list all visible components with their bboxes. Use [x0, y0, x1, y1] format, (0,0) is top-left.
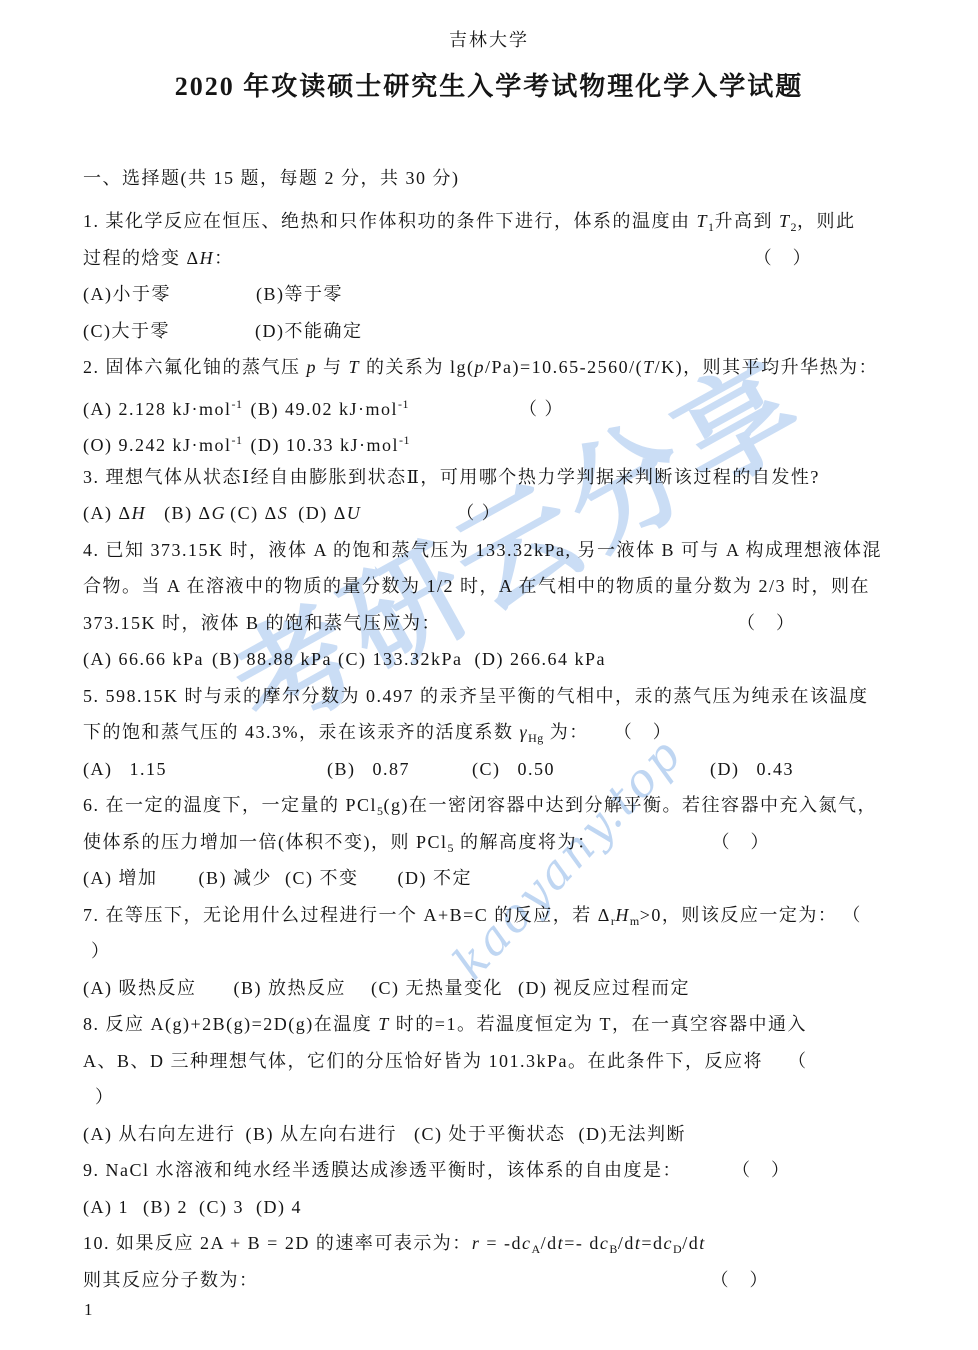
spacer [361, 518, 456, 519]
spacer [244, 1212, 256, 1213]
text-segment: (A) Δ [83, 503, 132, 523]
text-line: (O) 9.242 kJ·mol-1(D) 10.33 kJ·mol-1 [83, 422, 908, 459]
text-segment: (D)不能确定 [255, 321, 363, 341]
text-segment: (B) 2 [143, 1197, 188, 1217]
text-segment: (A) 1 [83, 1197, 129, 1217]
text-segment: c [600, 1233, 610, 1253]
text-segment: (D) 4 [256, 1197, 302, 1217]
spacer [243, 414, 251, 415]
text-segment: （ ） [754, 248, 813, 268]
text-line: (A) 吸热反应(B) 放热反应(C) 无热量变化(D) 视反应过程而定 [83, 970, 908, 1007]
text-segment: 5. 598.15K 时与汞的摩尔分数为 0.497 的汞齐呈平衡的气相中，汞的… [83, 686, 869, 706]
spacer [171, 299, 256, 300]
spacer [204, 664, 212, 665]
spacer [682, 1175, 732, 1176]
text-segment: =d [641, 1233, 663, 1253]
text-segment: 10. 如果反应 2A + B = 2D 的速率可表示为： [83, 1233, 472, 1253]
spacer [146, 518, 164, 519]
spacer [83, 956, 91, 957]
spacer [555, 774, 710, 775]
text-segment: 与 [317, 357, 349, 377]
text-line: 下的饱和蒸气压的 43.3%，汞在该汞齐的活度系数 γHg 为：（ ） [83, 714, 908, 751]
university-name: 吉林大学 [0, 26, 978, 52]
spacer [409, 414, 519, 415]
text-segment: 2. 固体六氟化铀的蒸气压 [83, 357, 307, 377]
spacer [243, 450, 251, 451]
text-segment: T [643, 357, 655, 377]
spacer [501, 774, 518, 775]
text-segment: （ ） [711, 1270, 770, 1290]
text-segment: γ [520, 722, 529, 742]
text-segment: （ ） [732, 1160, 791, 1180]
text-segment: S [278, 503, 289, 523]
spacer [167, 774, 327, 775]
text-segment: (D) 266.64 kPa [475, 649, 607, 669]
text-line: 6. 在一定的温度下，一定量的 PCl5(g)在一密闭容器中达到分解平衡。若往容… [83, 787, 908, 824]
text-segment: （ [788, 1051, 808, 1071]
text-line: (A) 1(B) 2(C) 3(D) 4 [83, 1189, 908, 1226]
spacer [397, 1139, 414, 1140]
text-line: 10. 如果反应 2A + B = 2D 的速率可表示为：r = -dcA/dt… [83, 1225, 908, 1262]
text-segment: 9. NaCl 水溶液和纯水经半透膜达成渗透平衡时，该体系的自由度是： [83, 1160, 682, 1180]
text-segment: t [699, 1233, 706, 1253]
text-segment: 使体系的压力增加一倍(体积不变)，则 PCl [83, 832, 448, 852]
text-line: 9. NaCl 水溶液和纯水经半透膜达成渗透平衡时，该体系的自由度是：（ ） [83, 1152, 908, 1189]
text-segment: (A) 增加 [83, 868, 158, 888]
text-segment: (C) 不变 [285, 868, 359, 888]
text-line: 1. 某化学反应在恒压、绝热和只作体积功的条件下进行，体系的温度由 T1升高到 … [83, 203, 908, 240]
text-line: (C)大于零(D)不能确定 [83, 313, 908, 350]
text-segment: -1 [399, 433, 410, 447]
text-segment: 7. 在等压下，无论用什么过程进行一个 A+B=C 的反应，若 Δ [83, 905, 611, 925]
spacer [259, 1285, 711, 1286]
text-segment: 时的=1。若温度恒定为 T，在一真空容器中通入 [390, 1014, 807, 1034]
spacer [441, 628, 737, 629]
text-segment: T [779, 211, 791, 231]
text-segment: (B) 从左向右进行 [246, 1124, 398, 1144]
text-segment: (B) 减少 [199, 868, 273, 888]
spacer [234, 263, 754, 264]
text-line: 7. 在等压下，无论用什么过程进行一个 A+B=C 的反应，若 ΔrHm>0，则… [83, 897, 908, 934]
text-segment: (D)无法判断 [579, 1124, 687, 1144]
text-segment: 的解高度将为： [454, 832, 597, 852]
text-segment: 1.15 [130, 759, 168, 779]
text-segment: 的关系为 lg( [360, 357, 475, 377]
spacer [170, 336, 255, 337]
text-segment: (B) 88.88 kPa [212, 649, 332, 669]
text-line: 过程的焓变 ΔH：（ ） [83, 240, 908, 277]
text-segment: /Pa)=10.65-2560/( [485, 357, 643, 377]
text-segment: >0，则该反应一定为： [640, 905, 838, 925]
text-segment: (D) 视反应过程而定 [518, 978, 690, 998]
text-segment: （ [842, 905, 862, 925]
text-segment: /K)，则其平均升华热为： [655, 357, 879, 377]
text-segment: 0.50 [518, 759, 556, 779]
text-segment: 6. 在一定的温度下，一定量的 PCl [83, 795, 377, 815]
text-line: (A)1.15(B)0.87(C)0.50(D)0.43 [83, 751, 908, 788]
text-segment: 下的饱和蒸气压的 43.3%，汞在该汞齐的活度系数 [83, 722, 520, 742]
text-segment: (D) 10.33 kJ·mol [251, 435, 400, 455]
text-segment: (D) [710, 759, 740, 779]
text-line: 使体系的压力增加一倍(体积不变)，则 PCl5 的解高度将为：（ ） [83, 824, 908, 861]
section-header: 一、选择题(共 15 题，每题 2 分，共 30 分) [83, 164, 460, 190]
text-segment: -1 [398, 397, 409, 411]
text-segment: (A) 从右向左进行 [83, 1124, 236, 1144]
text-segment: /d [682, 1233, 699, 1253]
text-segment: T [697, 211, 709, 231]
text-segment: (A) [83, 759, 113, 779]
text-segment: (A) 2.128 kJ·mol [83, 399, 232, 419]
text-segment: 合物。当 A 在溶液中的物质的量分数为 1/2 时，A 在气相中的物质的量分数为… [83, 576, 870, 596]
spacer [113, 774, 130, 775]
text-segment: Hg [528, 731, 544, 745]
exam-page: 考研云分享 kaoyany.top 吉林大学 2020 年攻读硕士研究生入学考试… [0, 0, 978, 1350]
text-segment: （ ） [614, 722, 673, 742]
spacer [503, 993, 518, 994]
text-segment: T [349, 357, 361, 377]
text-segment: ： [214, 248, 234, 268]
text-segment: c [664, 1233, 674, 1253]
text-segment: (D) 不定 [398, 868, 473, 888]
text-segment: (A)小于零 [83, 284, 171, 304]
spacer [129, 1212, 143, 1213]
text-line: (A) 66.66 kPa(B) 88.88 kPa(C) 133.32kPa(… [83, 641, 908, 678]
spacer [346, 993, 371, 994]
text-line: 合物。当 A 在溶液中的物质的量分数为 1/2 时，A 在气相中的物质的量分数为… [83, 568, 908, 605]
spacer [763, 1066, 788, 1067]
spacer [410, 774, 472, 775]
text-segment: （ ） [519, 399, 564, 419]
text-line: (A)小于零(B)等于零 [83, 276, 908, 313]
text-segment: -1 [232, 433, 243, 447]
text-line: 8. 反应 A(g)+2B(g)=2D(g)在温度 T 时的=1。若温度恒定为 … [83, 1006, 908, 1043]
text-segment: (B)等于零 [256, 284, 343, 304]
text-segment: (B) [327, 759, 356, 779]
text-segment: (C) 无热量变化 [371, 978, 503, 998]
text-segment: p [307, 357, 318, 377]
text-segment: 0.43 [757, 759, 795, 779]
text-segment: 为： [544, 722, 589, 742]
text-segment: （ ） [712, 832, 771, 852]
text-segment: U [347, 503, 362, 523]
spacer [566, 1139, 579, 1140]
spacer [463, 664, 475, 665]
text-segment: = -d [480, 1233, 522, 1253]
text-segment: 373.15K 时，液体 B 的饱和蒸气压应为： [83, 613, 441, 633]
text-segment: （ ） [456, 503, 501, 523]
text-segment: /d [541, 1233, 558, 1253]
text-segment: (C)大于零 [83, 321, 170, 341]
spacer [359, 883, 398, 884]
text-segment: G [212, 503, 227, 523]
text-segment: ，则此 [797, 211, 856, 231]
text-segment: p [475, 357, 486, 377]
text-line: 5. 598.15K 时与汞的摩尔分数为 0.497 的汞齐呈平衡的气相中，汞的… [83, 678, 908, 715]
text-segment: 升高到 [715, 211, 780, 231]
text-segment: 则其反应分子数为： [83, 1270, 259, 1290]
text-segment: (B) 放热反应 [234, 978, 347, 998]
text-segment: (A) 吸热反应 [83, 978, 197, 998]
text-segment: H [200, 248, 215, 268]
text-segment: B [609, 1242, 618, 1256]
spacer [356, 774, 373, 775]
text-line: 则其反应分子数为：（ ） [83, 1262, 908, 1299]
text-segment: 3. 理想气体从状态Ⅰ经自由膨胀到状态Ⅱ，可用哪个热力学判据来判断该过程的自发性… [83, 467, 820, 487]
text-segment: (C) 3 [199, 1197, 244, 1217]
text-segment: A、B、D 三种理想气体，它们的分压恰好皆为 101.3kPa。在此条件下，反应… [83, 1051, 763, 1071]
page-number: 1 [84, 1300, 93, 1320]
text-segment: (A) 66.66 kPa [83, 649, 204, 669]
text-segment: /d [618, 1233, 635, 1253]
text-line: ） [83, 933, 908, 970]
text-segment: 4. 已知 373.15K 时，液体 A 的饱和蒸气压为 133.32kPa, … [83, 540, 882, 560]
spacer [589, 737, 614, 738]
spacer [197, 993, 234, 994]
text-line: (A) 增加(B) 减少(C) 不变(D) 不定 [83, 860, 908, 897]
text-segment: (C) [472, 759, 501, 779]
text-line: (A) 从右向左进行(B) 从左向右进行(C) 处于平衡状态(D)无法判断 [83, 1116, 908, 1153]
spacer [272, 883, 285, 884]
spacer [288, 518, 298, 519]
text-segment: D [673, 1242, 682, 1256]
spacer [597, 847, 712, 848]
text-segment: 过程的焓变 Δ [83, 248, 200, 268]
text-line: 2. 固体六氟化铀的蒸气压 p 与 T 的关系为 lg(p/Pa)=10.65-… [83, 349, 908, 386]
spacer [236, 1139, 246, 1140]
text-line: (A) ΔH(B) ΔG(C) ΔS(D) ΔU（ ） [83, 495, 908, 532]
text-segment: =- d [564, 1233, 600, 1253]
spacer [158, 883, 199, 884]
spacer [83, 1102, 95, 1103]
text-segment: (D) Δ [298, 503, 347, 523]
text-segment: 0.87 [373, 759, 411, 779]
text-segment: (g)在一密闭容器中达到分解平衡。若往容器中充入氮气， [384, 795, 878, 815]
text-line: 4. 已知 373.15K 时，液体 A 的饱和蒸气压为 133.32kPa, … [83, 532, 908, 569]
page-title: 2020 年攻读硕士研究生入学考试物理化学入学试题 [0, 66, 978, 103]
text-segment: ） [95, 1087, 115, 1107]
text-segment: A [531, 1242, 540, 1256]
text-segment: H [132, 503, 147, 523]
content-lines: 1. 某化学反应在恒压、绝热和只作体积功的条件下进行，体系的温度由 T1升高到 … [83, 203, 908, 1298]
text-segment: m [630, 914, 640, 928]
text-segment: (C) 133.32kPa [338, 649, 463, 669]
text-segment: (O) 9.242 kJ·mol [83, 435, 232, 455]
text-line: ） [83, 1079, 908, 1116]
text-segment: T [378, 1014, 390, 1034]
text-segment: (C) 处于平衡状态 [414, 1124, 566, 1144]
text-segment: 1. 某化学反应在恒压、绝热和只作体积功的条件下进行，体系的温度由 [83, 211, 697, 231]
spacer [188, 1212, 199, 1213]
text-segment: 8. 反应 A(g)+2B(g)=2D(g)在温度 [83, 1014, 378, 1034]
text-segment: (B) 49.02 kJ·mol [251, 399, 399, 419]
text-segment: -1 [232, 397, 243, 411]
text-segment: H [615, 905, 630, 925]
text-line: A、B、D 三种理想气体，它们的分压恰好皆为 101.3kPa。在此条件下，反应… [83, 1043, 908, 1080]
text-segment: (C) Δ [230, 503, 278, 523]
text-line: 373.15K 时，液体 B 的饱和蒸气压应为：（ ） [83, 605, 908, 642]
text-segment: ） [91, 941, 111, 961]
text-line: 3. 理想气体从状态Ⅰ经自由膨胀到状态Ⅱ，可用哪个热力学判据来判断该过程的自发性… [83, 459, 908, 496]
text-line: (A) 2.128 kJ·mol-1(B) 49.02 kJ·mol-1（ ） [83, 386, 908, 423]
spacer [740, 774, 757, 775]
text-segment: (B) Δ [164, 503, 212, 523]
text-segment: （ ） [737, 613, 796, 633]
